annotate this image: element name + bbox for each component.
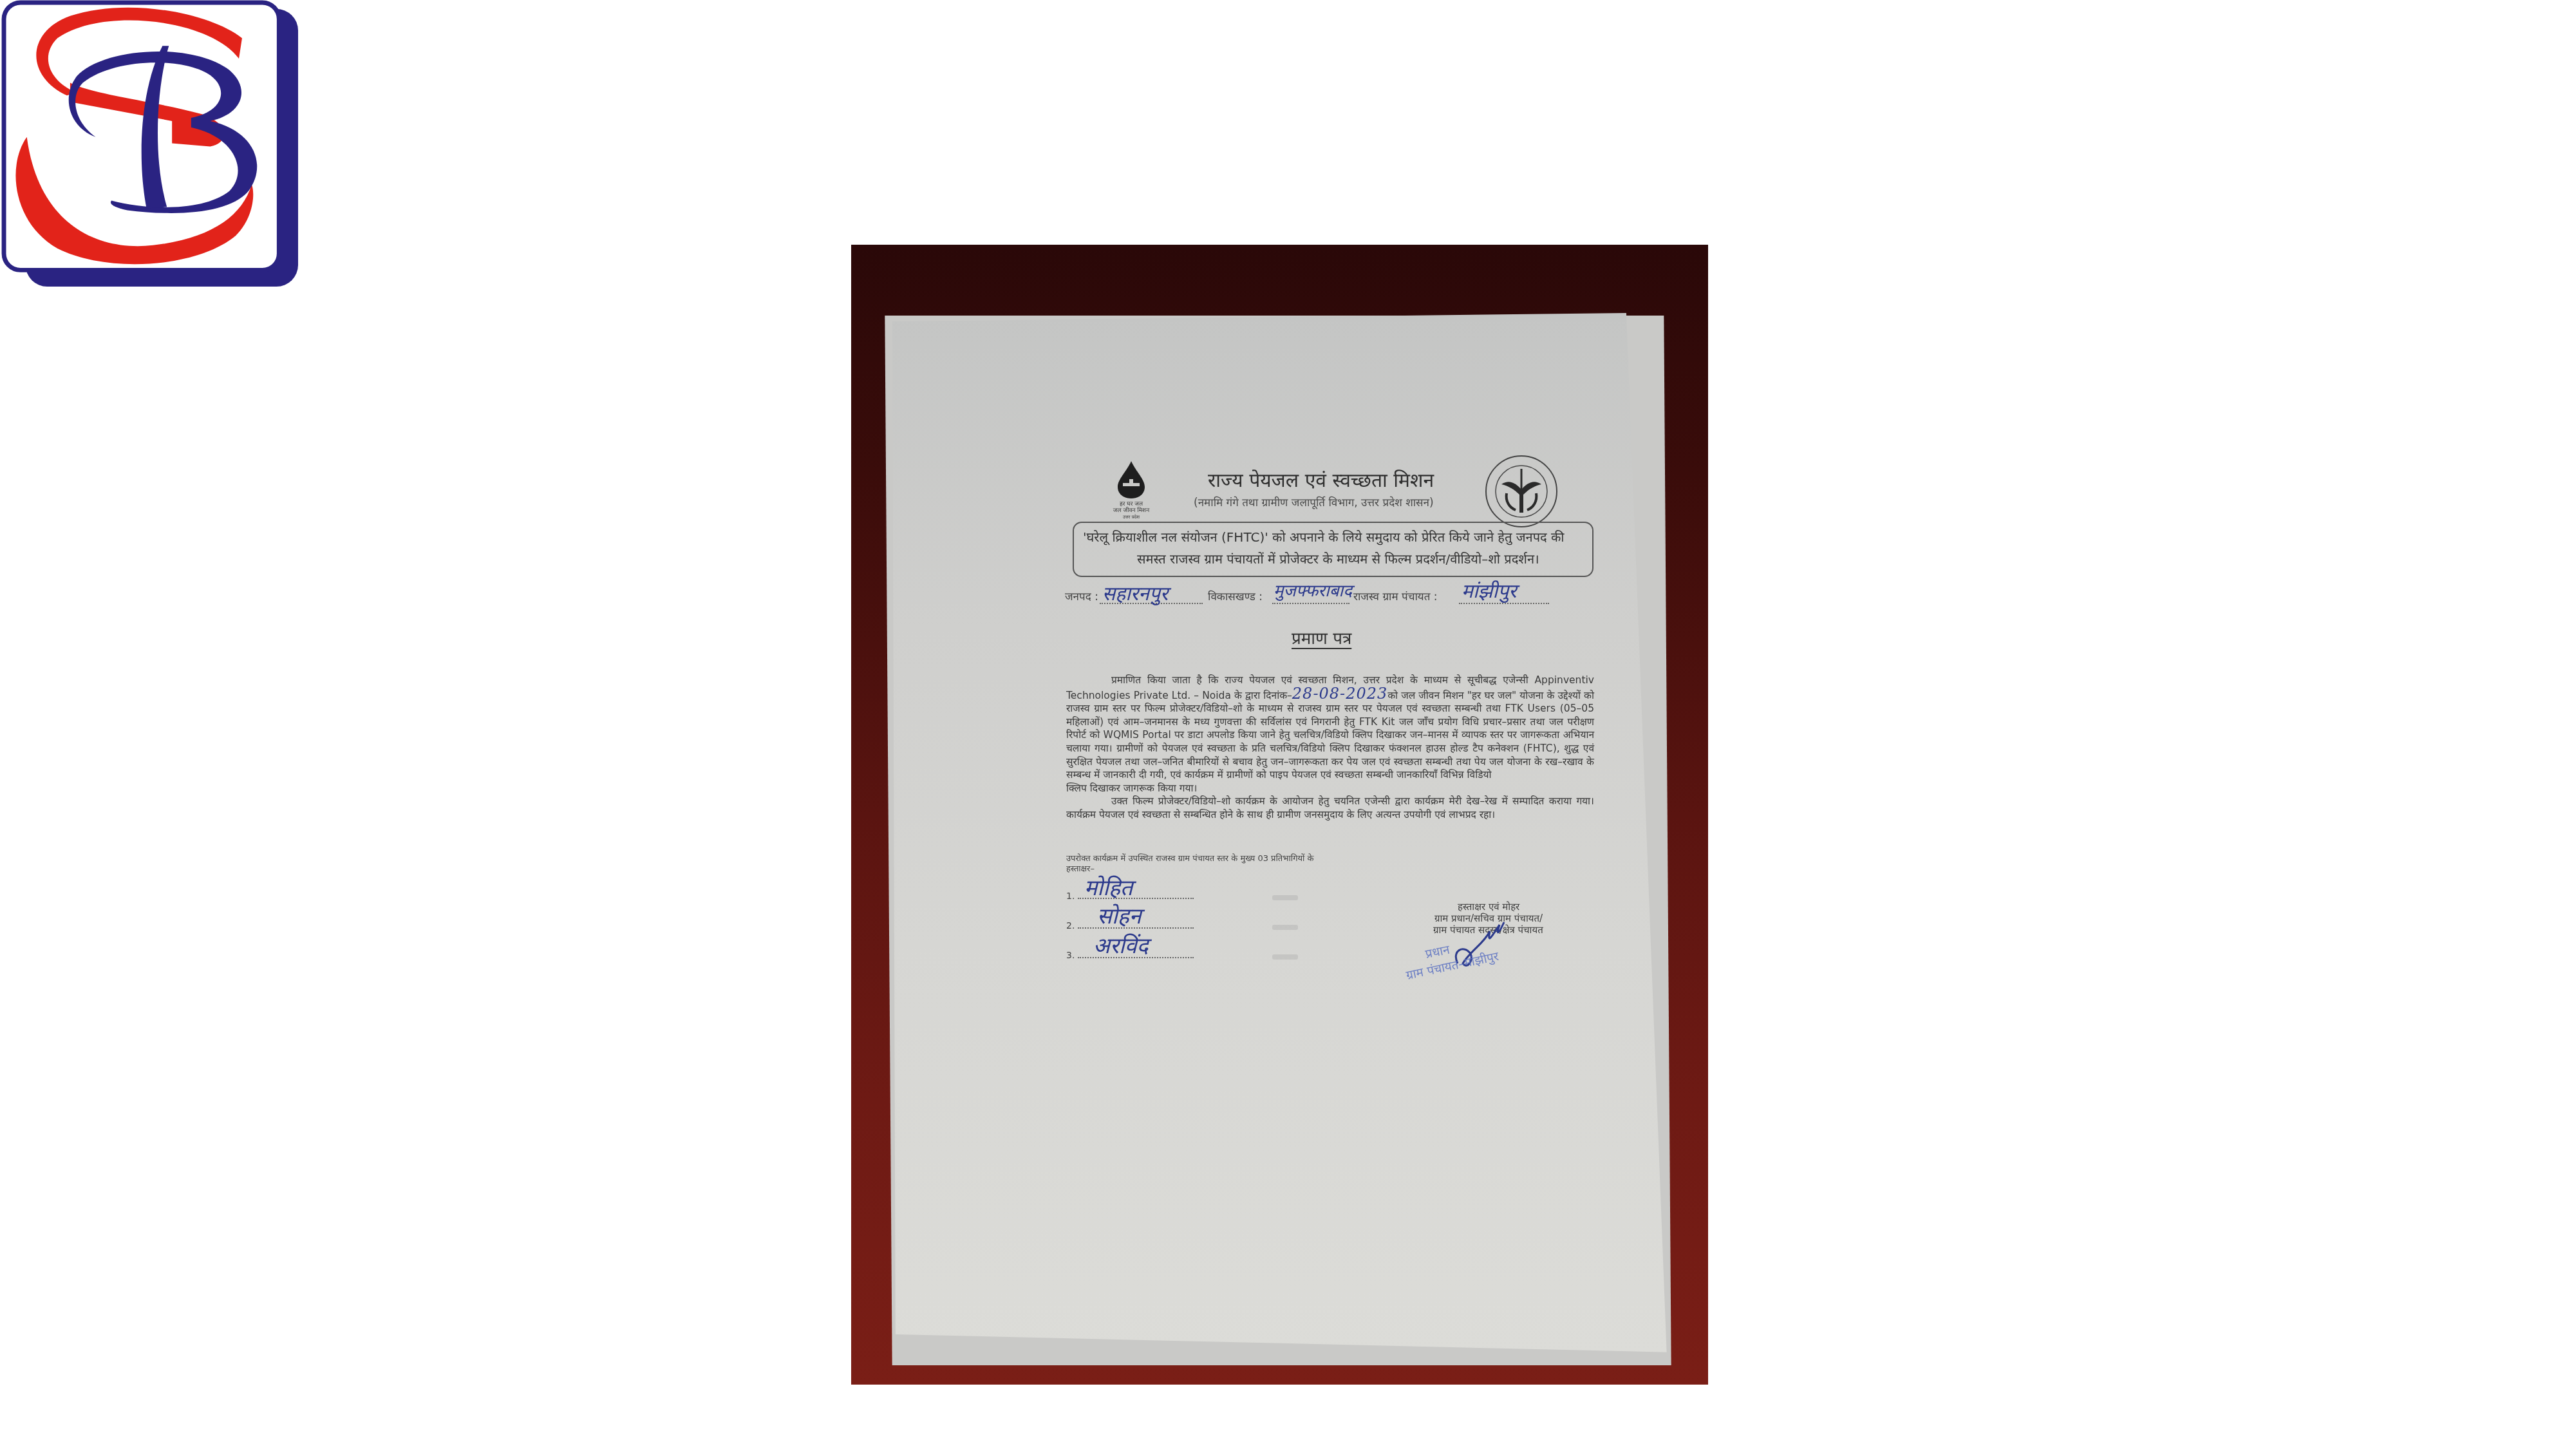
district-label: जनपद : xyxy=(1065,589,1098,603)
water-drop-tap-icon xyxy=(1109,460,1154,498)
banner-line-1: 'घरेलू क्रियाशील नल संयोजन (FHTC)' को अप… xyxy=(1083,528,1565,545)
participant-signature-2: सोहन xyxy=(1097,900,1142,930)
certificate-photo: हर घर जल जल जीवन मिशन उत्तर प्रदेश राज्य… xyxy=(851,245,1708,1385)
panchayat-label: राजस्व ग्राम पंचायत : xyxy=(1353,589,1438,603)
uttar-pradesh-emblem xyxy=(1483,453,1559,529)
participant-signature-1: मोहित xyxy=(1084,872,1133,902)
body-text-paragraph-2: उक्त फिल्म प्रोजेक्टर/विडियो–शो कार्यक्र… xyxy=(1066,795,1594,820)
body-text-part-3: क्लिप दिखाकर जागरूक किया गया। xyxy=(1066,782,1594,795)
show-through-mark xyxy=(1272,925,1298,930)
mission-subtitle: (नमामि गंगे तथा ग्रामीण जलापूर्ति विभाग,… xyxy=(1194,495,1434,509)
participant-number: 3. xyxy=(1066,951,1075,961)
show-through-mark xyxy=(1272,954,1298,960)
body-text-part-2: को जल जीवन मिशन "हर घर जल" योजना के उद्द… xyxy=(1066,690,1594,781)
certificate-body: प्रमाणित किया जाता है कि राज्य पेयजल एवं… xyxy=(1066,674,1594,822)
jjm-caption-1: हर घर जल xyxy=(1109,501,1154,507)
participant-number: 1. xyxy=(1066,891,1075,902)
brand-logo xyxy=(0,0,306,293)
show-through-mark xyxy=(1272,895,1298,900)
block-label: विकासखण्ड : xyxy=(1208,589,1263,603)
jjm-caption-3: उत्तर प्रदेश xyxy=(1109,514,1154,520)
banner-line-2: समस्त राजस्व ग्राम पंचायतों में प्रोजेक्… xyxy=(1137,550,1539,567)
panchayat-value: मांझीपुर xyxy=(1462,577,1516,603)
up-emblem-icon xyxy=(1483,453,1559,529)
mission-title: राज्य पेयजल एवं स्वच्छता मिशन xyxy=(1208,466,1434,493)
participant-signature-3: अरविंद xyxy=(1093,930,1149,960)
block-value: मुजफ्फराबाद xyxy=(1274,578,1352,601)
participant-number: 2. xyxy=(1066,921,1075,931)
district-value: सहारनपुर xyxy=(1102,580,1168,606)
jal-jeevan-mission-logo: हर घर जल जल जीवन मिशन उत्तर प्रदेश xyxy=(1109,460,1154,524)
certificate-paper: हर घर जल जल जीवन मिशन उत्तर प्रदेश राज्य… xyxy=(892,313,1668,1363)
program-date: 28-08-2023 xyxy=(1292,685,1387,703)
jjm-caption-2: जल जीवन मिशन xyxy=(1109,507,1154,514)
certificate-title: प्रमाण पत्र xyxy=(1292,626,1351,649)
sb-monogram-logo-icon xyxy=(0,0,306,293)
authority-line-1: हस्ताक्षर एवं मोहर xyxy=(1458,900,1519,913)
